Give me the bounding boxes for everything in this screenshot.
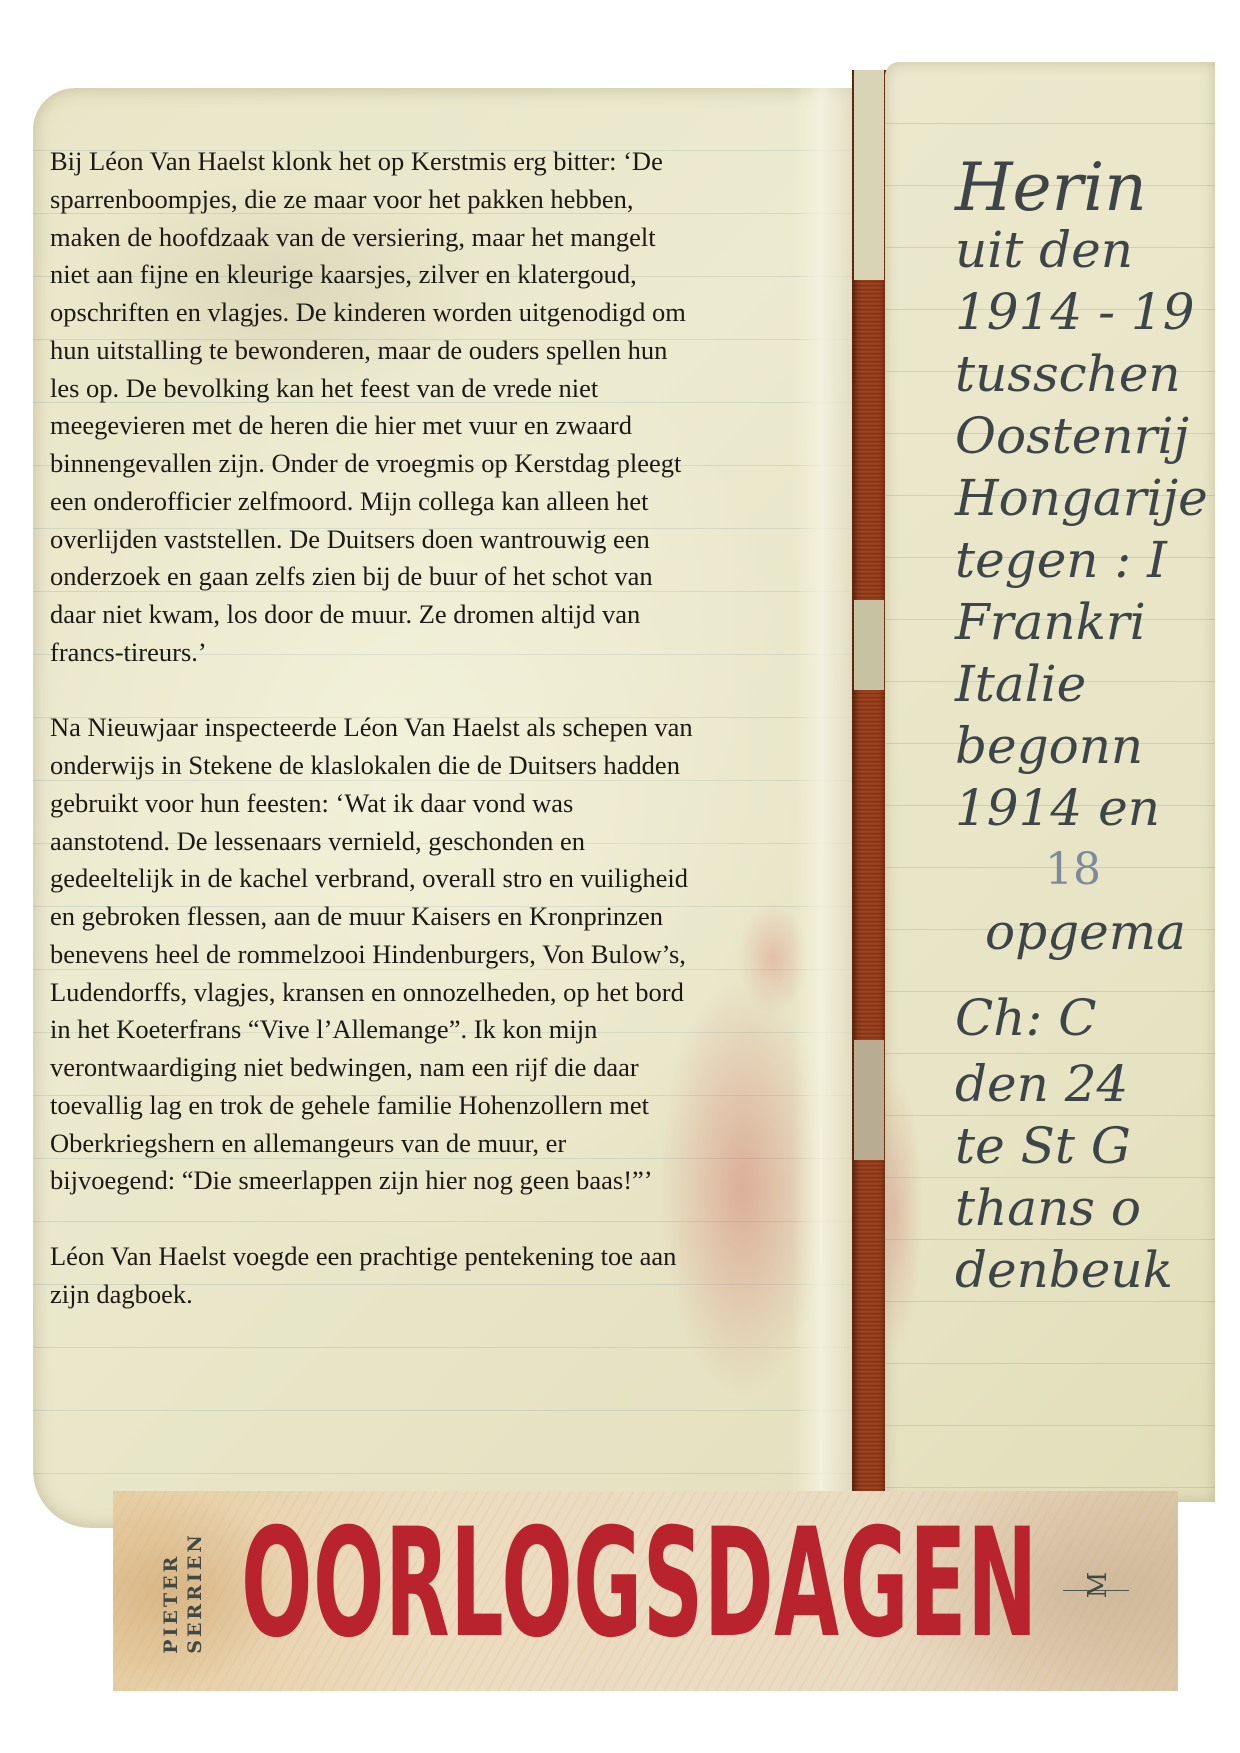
paragraph-christmas: Bij Léon Van Haelst klonk het op Kerstmi… xyxy=(50,143,830,672)
handwriting-line: begonn xyxy=(955,715,1208,777)
spine-torn-paper-middle xyxy=(854,600,884,690)
author-first-name: PIETER xyxy=(159,1532,183,1654)
handwriting-line: uit den xyxy=(955,219,1208,281)
handwriting-line: 1914 en xyxy=(955,777,1208,839)
handwriting-line: thans o xyxy=(955,1177,1208,1239)
book-title: OORLOGSDAGEN xyxy=(241,1519,1038,1649)
notebook-right-page: Herin uit den 1914 - 19 tusschen Oostenr… xyxy=(885,62,1215,1502)
handwriting-line: Herin xyxy=(955,157,1208,219)
notebook-spine xyxy=(852,70,888,1510)
handwritten-diary-text: Herin uit den 1914 - 19 tusschen Oostenr… xyxy=(955,157,1208,1301)
handwriting-line: Frankri xyxy=(955,591,1208,653)
handwriting-line: Italie xyxy=(955,653,1208,715)
publisher-logo-icon: M xyxy=(1083,1570,1113,1600)
author-last-name: SERRIEN xyxy=(183,1532,207,1654)
handwriting-line: te St G xyxy=(955,1115,1208,1177)
paragraph-new-year-inspection: Na Nieuwjaar inspecteerde Léon Van Haels… xyxy=(50,709,830,1200)
handwriting-line: 1914 - 19 xyxy=(955,281,1208,343)
handwriting-line: denbeuk xyxy=(955,1239,1208,1301)
author-name: PIETER SERRIEN xyxy=(159,1532,207,1654)
handwriting-line: Ch: C xyxy=(955,963,1208,1053)
handwriting-line-pencil: 18 xyxy=(955,839,1208,901)
publisher-logo: M xyxy=(1063,1576,1133,1606)
handwriting-line: opgema xyxy=(955,901,1208,963)
author-block: PIETER SERRIEN xyxy=(153,1513,213,1673)
handwriting-line: den 24 xyxy=(955,1053,1208,1115)
article-text: Bij Léon Van Haelst klonk het op Kerstmi… xyxy=(50,143,830,1351)
handwriting-line: Oostenrij xyxy=(955,405,1208,467)
paragraph-pen-drawing: Léon Van Haelst voegde een prachtige pen… xyxy=(50,1238,830,1314)
spine-torn-paper-top xyxy=(854,70,884,280)
handwriting-line: tegen : I xyxy=(955,529,1208,591)
handwriting-line: tusschen xyxy=(955,343,1208,405)
spine-torn-paper-lower xyxy=(854,1040,884,1160)
handwriting-line: Hongarije xyxy=(955,467,1208,529)
book-banner: PIETER SERRIEN OORLOGSDAGEN M xyxy=(113,1491,1178,1691)
